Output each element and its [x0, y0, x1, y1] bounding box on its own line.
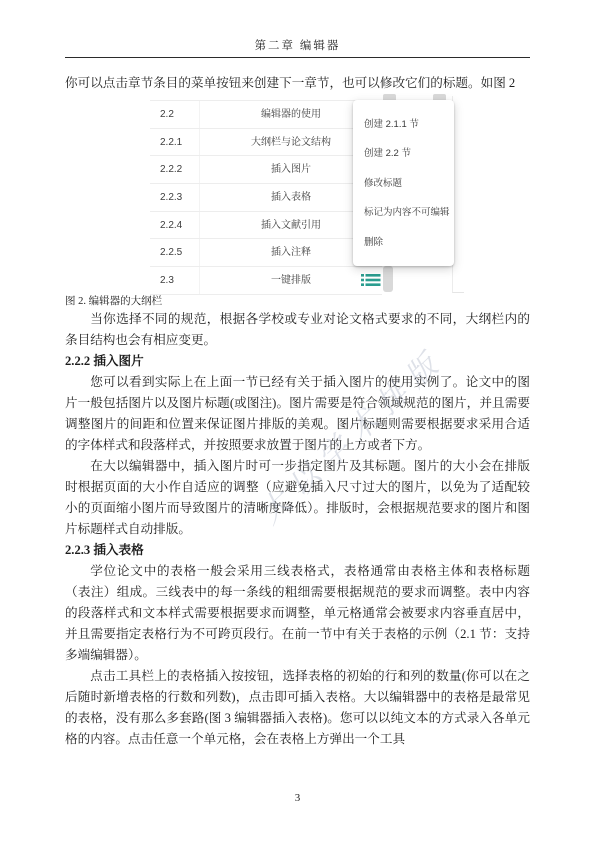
page-content: 你可以点击章节条目的菜单按钮来创建下一章节，也可以修改它们的标题。如图 2 2.…	[65, 73, 530, 750]
document-page: 第二章 编辑器 你可以点击章节条目的菜单按钮来创建下一章节，也可以修改它们的标题…	[0, 0, 595, 842]
body-paragraph: 在大以编辑器中，插入图片时可一步指定图片及其标题。图片的大小会在排版时根据页面的…	[65, 456, 530, 540]
outline-row: 2.2.5 插入注释	[150, 239, 382, 267]
page-number: 3	[0, 792, 595, 804]
outline-row-title: 一键排版	[200, 270, 382, 291]
background-ui-fragment	[383, 266, 393, 292]
section-heading: 2.2.2 插入图片	[65, 351, 530, 372]
context-menu: 创建 2.1.1 节 创建 2.2 节 修改标题 标记为内容不可编辑 删除	[353, 100, 454, 266]
outline-row: 2.2 编辑器的使用	[150, 101, 382, 129]
menu-item-create-subsection: 创建 2.1.1 节	[353, 114, 454, 135]
body-paragraph: 点击工具栏上的表格插入按按钮，选择表格的初始的行和列的数量(你可以在之后随时新增…	[65, 666, 530, 750]
outline-row: 2.2.3 插入表格	[150, 184, 382, 212]
outline-row: 2.2.4 插入文献引用	[150, 212, 382, 240]
outline-row-number: 2.2	[150, 101, 200, 128]
outline-row: 2.3 一键排版	[150, 267, 382, 295]
list-menu-icon	[361, 274, 381, 286]
header-rule	[65, 57, 530, 58]
body-paragraph: 学位论文中的表格一般会采用三线表格式，表格通常由表格主体和表格标题（表注）组成。…	[65, 561, 530, 666]
menu-item-rename: 修改标题	[353, 173, 454, 194]
intro-paragraph: 你可以点击章节条目的菜单按钮来创建下一章节，也可以修改它们的标题。如图 2	[65, 73, 530, 94]
figure-caption: 图 2. 编辑器的大纲栏	[65, 294, 530, 309]
page-header: 第二章 编辑器	[0, 37, 595, 53]
body-paragraph: 当你选择不同的规范，根据各学校或专业对论文格式要求的不同，大纲栏内的条目结构也会…	[65, 309, 530, 351]
outline-row-number: 2.2.2	[150, 156, 200, 183]
outline-row-number: 2.2.4	[150, 212, 200, 239]
section-heading: 2.2.3 插入表格	[65, 540, 530, 561]
outline-row-number: 2.2.3	[150, 184, 200, 211]
body-paragraph: 您可以看到实际上在上面一节已经有关于插入图片的使用实例了。论文中的图片一般包括图…	[65, 372, 530, 456]
outline-panel: 2.2 编辑器的使用 2.2.1 大纲栏与论文结构 2.2.2 插入图片 2.2…	[150, 100, 382, 295]
outline-row-number: 2.2.1	[150, 129, 200, 156]
figure-screenshot: 2.2 编辑器的使用 2.2.1 大纲栏与论文结构 2.2.2 插入图片 2.2…	[150, 94, 463, 294]
menu-item-create-section: 创建 2.2 节	[353, 143, 454, 164]
outline-row: 2.2.1 大纲栏与论文结构	[150, 129, 382, 157]
menu-item-delete: 删除	[353, 232, 454, 253]
outline-row-number: 2.2.5	[150, 239, 200, 266]
outline-row: 2.2.2 插入图片	[150, 156, 382, 184]
menu-item-mark-readonly: 标记为内容不可编辑	[353, 202, 454, 223]
outline-row-number: 2.3	[150, 267, 200, 294]
